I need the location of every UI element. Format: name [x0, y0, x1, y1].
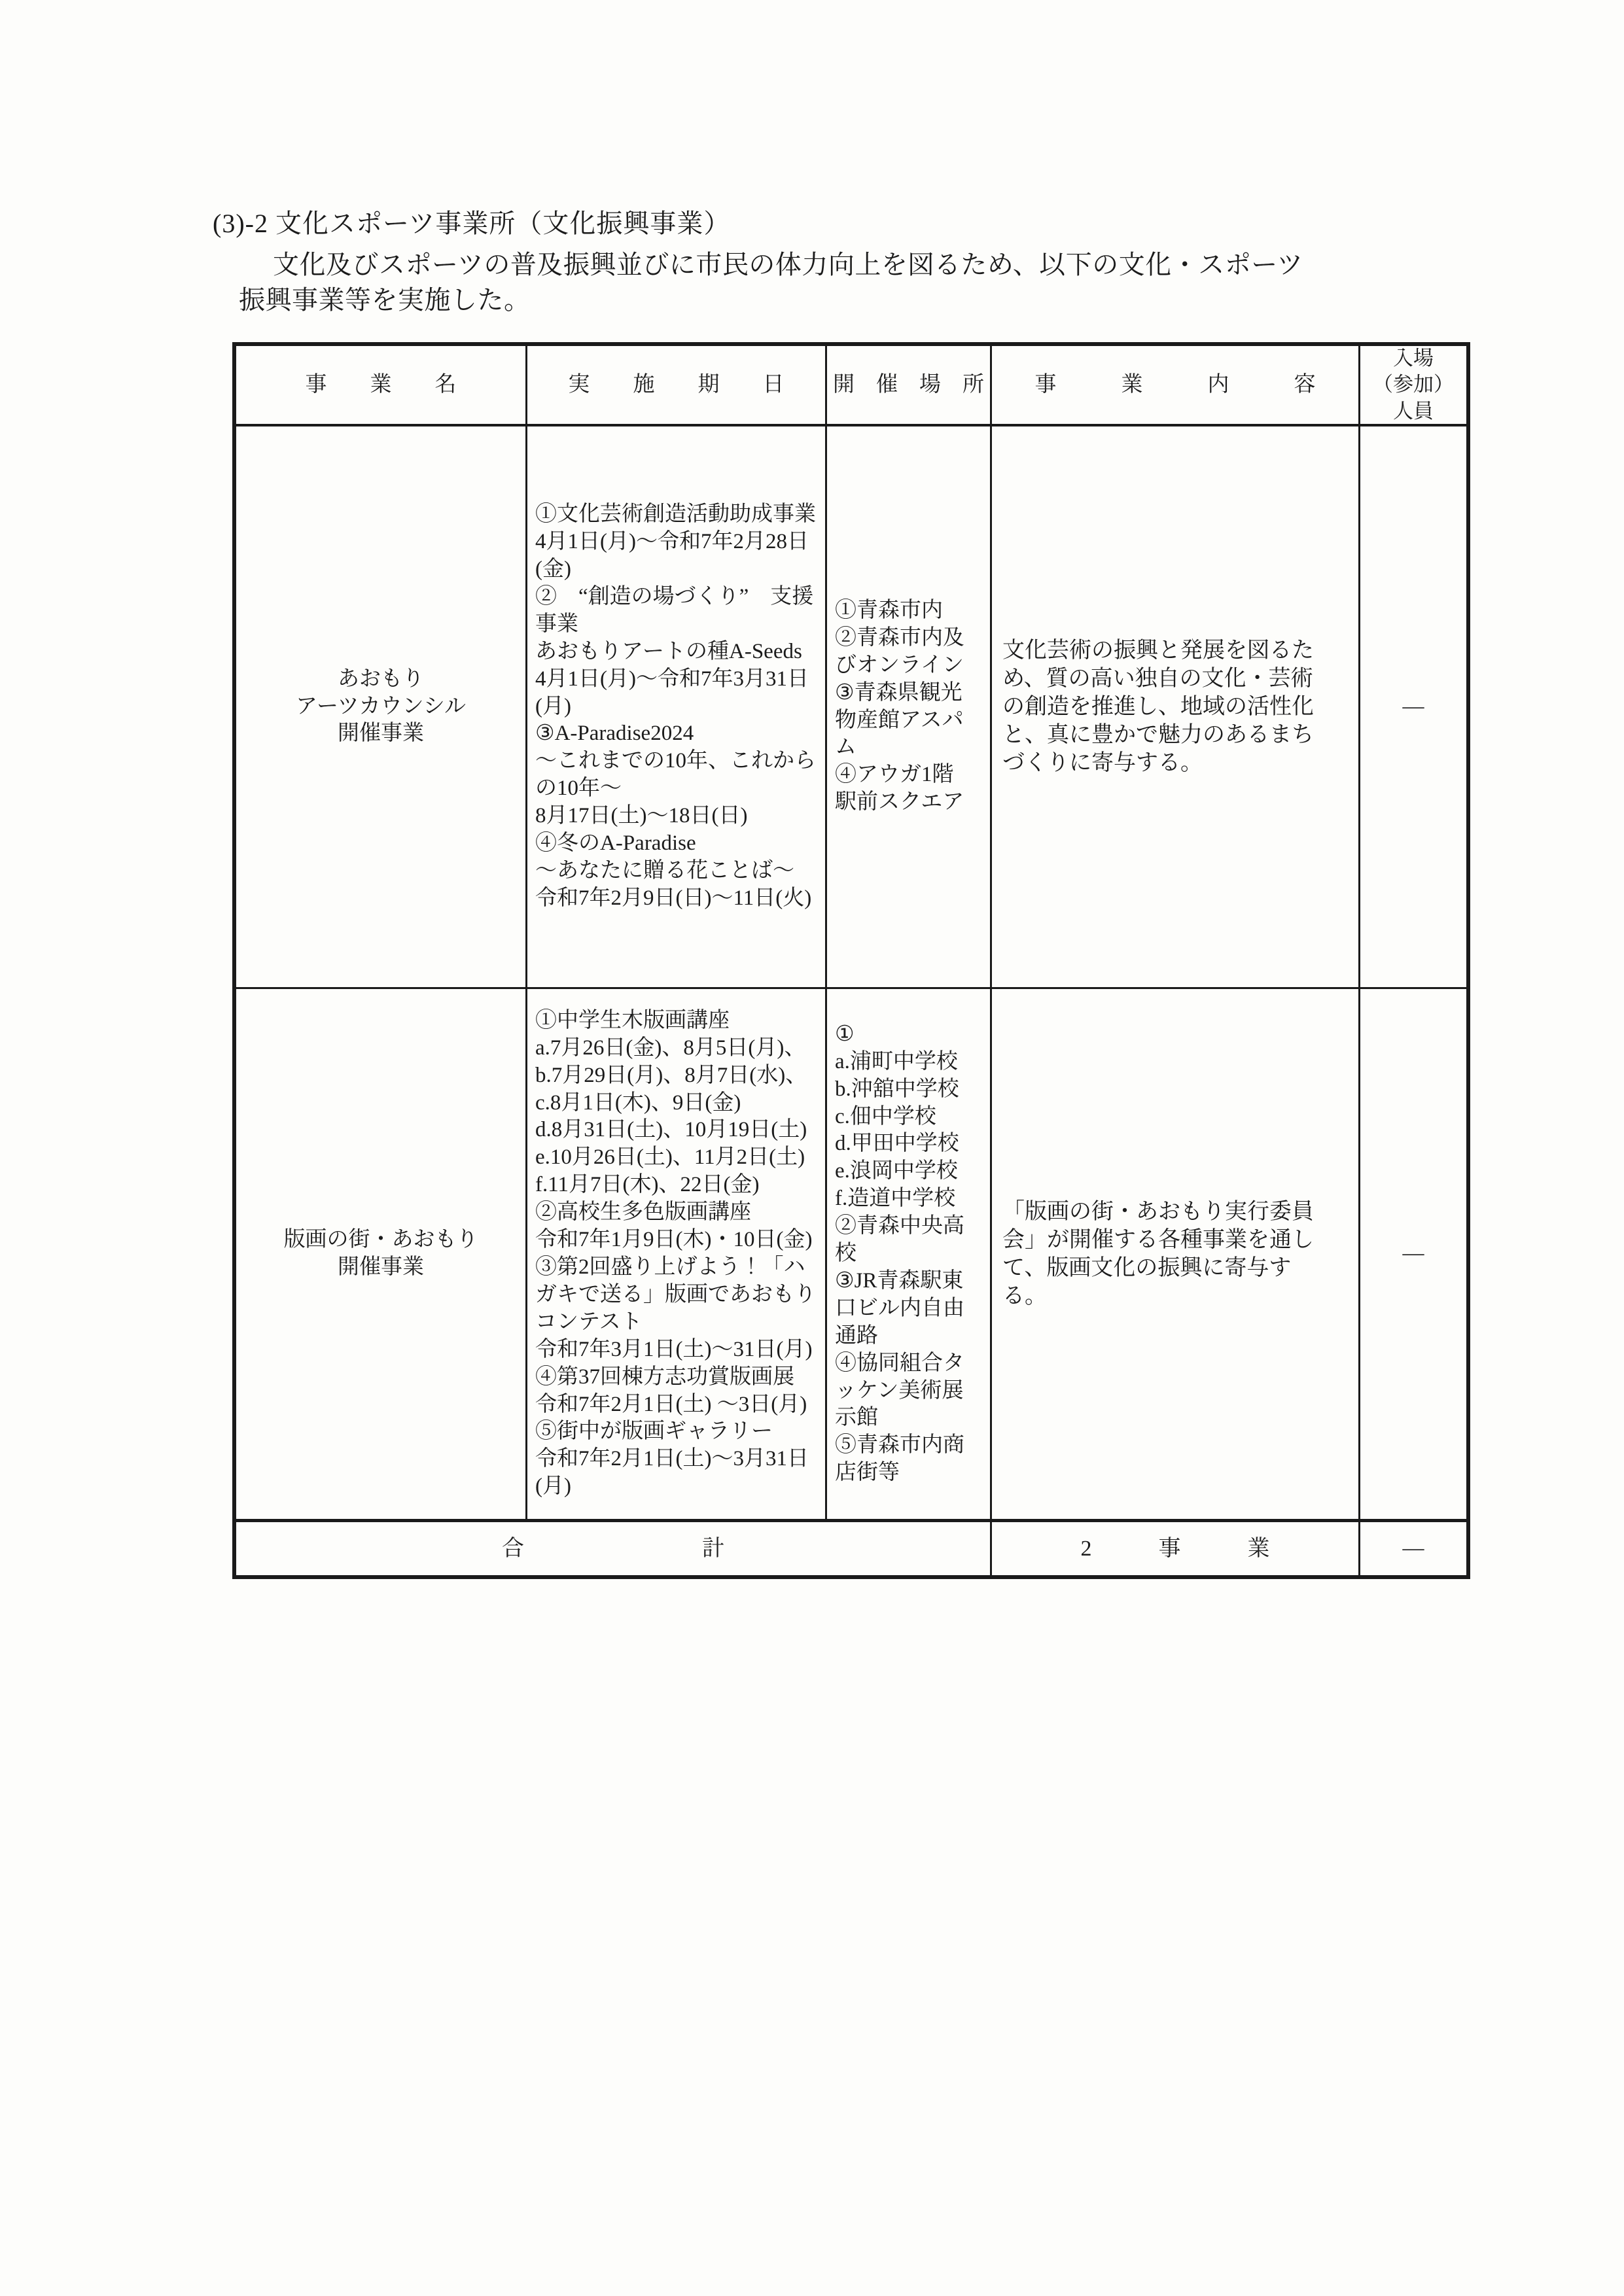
venue-text: ①青森市内 ②青森市内及びオンライン ③青森県観光物産館アスパム ④アウガ1階駅…	[835, 597, 973, 816]
col-header-attendance: 入場 （参加） 人員	[1360, 346, 1466, 426]
table-row-1-venue: ①青森市内 ②青森市内及びオンライン ③青森県観光物産館アスパム ④アウガ1階駅…	[827, 426, 992, 989]
section-heading: (3)-2 文化スポーツ事業所（文化振興事業）	[213, 203, 730, 240]
col-header-attendance-label: 入場 （参加） 人員	[1373, 346, 1454, 425]
table-row-2-period: ①中学生木版画講座 a.7月26日(金)、8月5日(月)、 b.7月29日(月)…	[527, 989, 827, 1522]
business-name-text: 版画の街・あおもり 開催事業	[284, 1226, 478, 1281]
description-text: 「版画の街・あおもり実行委員会」が開催する各種事業を通して、版画文化の振興に寄与…	[1002, 1198, 1316, 1311]
business-name-text: あおもり アーツカウンシル 開催事業	[296, 666, 466, 748]
period-text: ①文化芸術創造活動助成事業 4月1日(月)～令和7年2月28日(金) ② “創造…	[535, 501, 817, 913]
business-summary-table: 事 業 名 実 施 期 日 開 催 場 所 事 業 内 容 入場 （参加） 人員…	[232, 342, 1470, 1579]
venue-text: ① a.浦町中学校 b.沖舘中学校 c.佃中学校 d.甲田中学校 e.浪岡中学校…	[835, 1021, 973, 1487]
col-header-venue-label: 開 催 場 所	[833, 372, 984, 399]
table-row-1-period: ①文化芸術創造活動助成事業 4月1日(月)～令和7年2月28日(金) ② “創造…	[527, 426, 827, 989]
table-row-2-description: 「版画の街・あおもり実行委員会」が開催する各種事業を通して、版画文化の振興に寄与…	[992, 989, 1360, 1522]
col-header-description-label: 事 業 内 容	[1035, 372, 1316, 399]
table-footer-total-count: 2 事 業	[992, 1522, 1360, 1575]
table-footer-attendance: ―	[1360, 1522, 1466, 1575]
attendance-dash: ―	[1403, 1240, 1424, 1268]
attendance-dash: ―	[1403, 1535, 1424, 1563]
col-header-description: 事 業 内 容	[992, 346, 1360, 426]
col-header-business-name-label: 事 業 名	[306, 372, 457, 399]
table-footer-total-label: 合 計	[236, 1522, 992, 1575]
table-row-1-description: 文化芸術の振興と発展を図るため、質の高い独自の文化・芸術の創造を推進し、地域の活…	[992, 426, 1360, 989]
total-count-text: 2 事 業	[1081, 1535, 1270, 1563]
description-text: 文化芸術の振興と発展を図るため、質の高い独自の文化・芸術の創造を推進し、地域の活…	[1002, 636, 1316, 778]
document-page: (3)-2 文化スポーツ事業所（文化振興事業） 文化及びスポーツの普及振興並びに…	[0, 0, 1624, 2296]
period-text: ①中学生木版画講座 a.7月26日(金)、8月5日(月)、 b.7月29日(月)…	[535, 1007, 817, 1501]
attendance-dash: ―	[1403, 693, 1424, 721]
table-row-2-attendance: ―	[1360, 989, 1466, 1522]
table-row-2-business-name: 版画の街・あおもり 開催事業	[236, 989, 527, 1522]
table-row-1-attendance: ―	[1360, 426, 1466, 989]
table-row-2-venue: ① a.浦町中学校 b.沖舘中学校 c.佃中学校 d.甲田中学校 e.浪岡中学校…	[827, 989, 992, 1522]
table-row-1-business-name: あおもり アーツカウンシル 開催事業	[236, 426, 527, 989]
col-header-period: 実 施 期 日	[527, 346, 827, 426]
col-header-period-label: 実 施 期 日	[569, 372, 785, 399]
intro-paragraph: 文化及びスポーツの普及振興並びに市民の体力向上を図るため、以下の文化・スポーツ振…	[239, 247, 1318, 317]
total-label-text: 合 計	[502, 1535, 724, 1563]
col-header-venue: 開 催 場 所	[827, 346, 992, 426]
col-header-business-name: 事 業 名	[236, 346, 527, 426]
